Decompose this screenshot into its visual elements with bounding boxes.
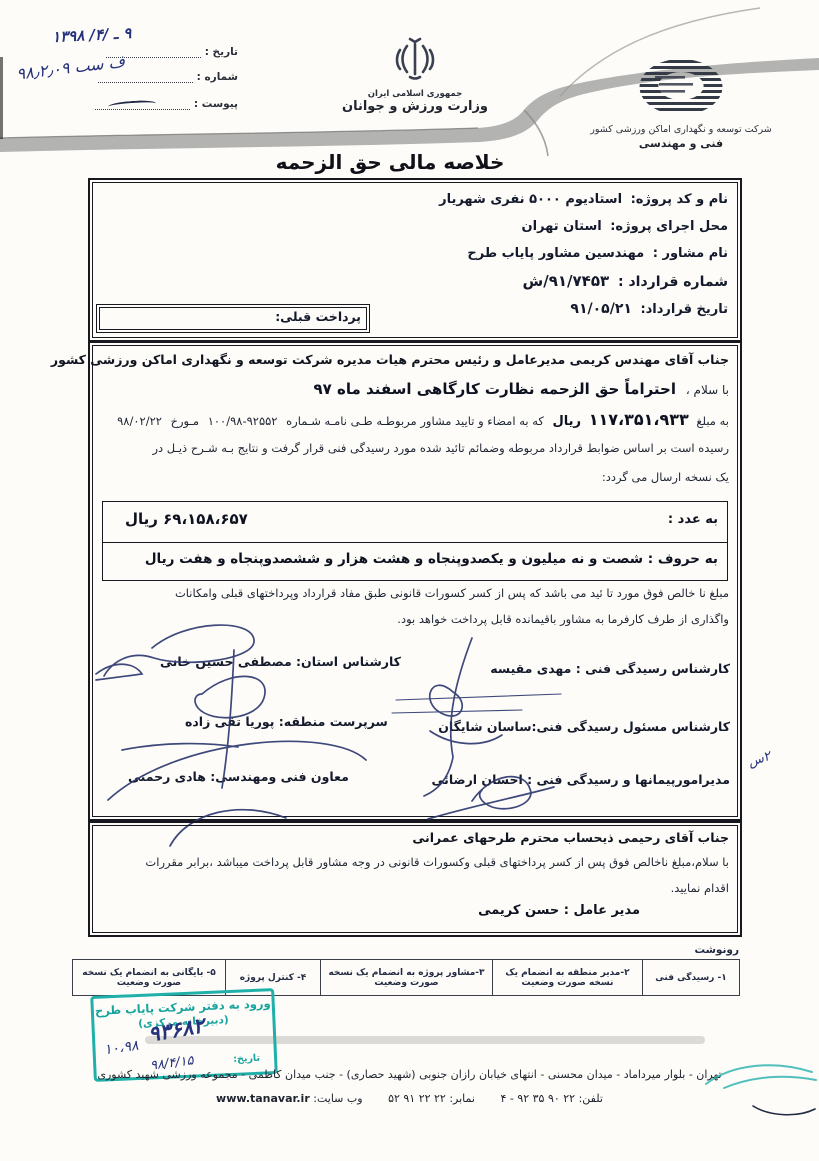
- letter-number-text: ۱۰۰/۹۸-۹۲۵۵۲: [208, 414, 278, 428]
- contract-date-label: تاریخ قرارداد:: [640, 302, 728, 317]
- figures-value: ۶۹،۱۵۸،۶۵۷ ریال: [125, 510, 248, 528]
- words-line: به حروف : شصت و نه میلیون و یکصدوپنجاه و…: [145, 551, 718, 567]
- copies-item-2: ۲-مدیر منطقه به انضمام یک نسخه صورت وضعی…: [492, 960, 642, 995]
- company-division: فنی و مهندسی: [575, 137, 787, 150]
- phone-value: ۴ - ۹۲ ۳۵ ۹۰ ۲۲: [500, 1092, 575, 1105]
- date-row: تاریخ :: [106, 46, 238, 58]
- scan-edge-artifact: [0, 57, 3, 139]
- iran-emblem-icon: [392, 36, 438, 84]
- consultant-value: مهندسین مشاور پایاب طرح: [467, 246, 644, 261]
- letter-date-text: ۹۸/۰۲/۲۲: [117, 414, 162, 428]
- accountant-box: جناب آقای رحیمی ذیحساب محترم طرحهای عمرا…: [88, 821, 742, 937]
- copies-item-1: ۱- رسیدگی فنی: [642, 960, 739, 995]
- greeting-text: با سلام ،: [686, 383, 729, 397]
- signature-region-supervisor: سرپرست منطقه: پوریا تقی زاده: [185, 714, 388, 729]
- website-label: وب سایت:: [313, 1092, 362, 1105]
- amount-figures-row: به عدد : ۶۹،۱۵۸،۶۵۷ ریال: [103, 502, 727, 543]
- signature-province-expert: کارشناس استان: مصطفی حسین خانی: [160, 654, 401, 669]
- number-row: شماره :: [98, 71, 238, 83]
- consultant-label: نام مشاور :: [653, 246, 728, 261]
- amount-table: به عدد : ۶۹،۱۵۸،۶۵۷ ریال به حروف : شصت و…: [102, 501, 728, 581]
- continuation-line-2: یک نسخه ارسال می گردد:: [101, 470, 729, 484]
- margin-handwritten-note: ۲س: [746, 749, 772, 770]
- continuation-line-1: رسیده است بر اساس ضوابط قرارداد مربوطه و…: [101, 441, 729, 455]
- company-logo-icon: [637, 56, 725, 118]
- project-name-value: استادیوم ۵۰۰۰ نفری شهریار: [439, 192, 622, 207]
- amount-unit-text: ریال: [553, 414, 582, 429]
- company-name: شرکت توسعه و نگهداری اماکن ورزشی کشور: [575, 124, 787, 135]
- copies-table: ۱- رسیدگی فنی ۲-مدیر منطقه به انضمام یک …: [72, 959, 740, 996]
- contract-number-label: شماره قرارداد :: [618, 274, 728, 290]
- amount-words-row: به حروف : شصت و نه میلیون و یکصدوپنجاه و…: [103, 543, 727, 580]
- salutation-line: جناب آقای مهندس کریمی مدیرعامل و رئیس مح…: [101, 352, 729, 367]
- after-amount-text: که به امضاء و تایید مشاور مربوطـه طـی نا…: [286, 414, 544, 428]
- consultant-row: نام مشاور : مهندسین مشاور پایاب طرح: [467, 246, 728, 261]
- note-line-2: واگذاری از طرف کارفرما به مشاور باقیماند…: [101, 612, 729, 626]
- note-line-1: مبلغ نا خالص فوق مورد تا ئید می باشد که …: [101, 586, 729, 600]
- signature-contracts-manager: مدیرامورپیمانها و رسیدگی فنی : احسان ارض…: [431, 772, 730, 787]
- previous-payment-box: پرداخت قبلی:: [96, 304, 370, 333]
- project-location-label: محل اجرای پروژه:: [610, 219, 728, 234]
- project-location-value: استان تهران: [522, 219, 602, 234]
- amount-prefix-text: به مبلغ: [696, 414, 729, 428]
- contract-date-value: ۹۱/۰۵/۲۱: [570, 301, 632, 317]
- emblem-caption-ministry: وزارت ورزش و جوانان: [340, 99, 490, 114]
- number-label: شماره :: [197, 71, 238, 83]
- project-name-label: نام و کد پروژه:: [631, 192, 728, 207]
- words-label: به حروف :: [648, 551, 718, 567]
- contract-date-row: تاریخ قرارداد: ۹۱/۰۵/۲۱: [570, 301, 728, 317]
- date-label: تاریخ :: [205, 46, 238, 58]
- attachment-label: پیوست :: [194, 98, 238, 110]
- accountant-line-2: اقدام نمایید.: [101, 881, 729, 895]
- figures-label: به عدد :: [668, 512, 718, 527]
- signature-deputy-engineering: معاون فنی ومهندسی: هادی رحمتی: [128, 769, 349, 784]
- letter-body-box: جناب آقای مهندس کریمی مدیرعامل و رئیس مح…: [88, 341, 742, 821]
- subject-text: احتراماً حق الزحمه نظارت کارگاهی اسفند م…: [314, 380, 677, 398]
- project-name-row: نام و کد پروژه: استادیوم ۵۰۰۰ نفری شهریا…: [439, 192, 728, 207]
- ribbon-edge-line: [0, 128, 478, 138]
- emblem-caption-country: جمهوری اسلامی ایران: [340, 89, 490, 99]
- copies-heading: رونوشت: [694, 944, 739, 956]
- fax-value: ۵۲ ۹۱ ۲۲ ۲۲: [388, 1092, 446, 1105]
- project-location-row: محل اجرای پروژه: استان تهران: [522, 219, 728, 234]
- footer-address: تهران - بلوار میرداماد - میدان محسنی - ا…: [0, 1068, 819, 1081]
- subject-line: با سلام ، احتراماً حق الزحمه نظارت کارگا…: [101, 380, 729, 398]
- phone-label: تلفن:: [579, 1092, 603, 1105]
- stamp-date-label: تاریخ:: [233, 1053, 260, 1065]
- words-value: شصت و نه میلیون و یکصدوپنجاه و هشت هزار …: [145, 551, 643, 567]
- accountant-heading: جناب آقای رحیمی ذیحساب محترم طرحهای عمرا…: [101, 830, 729, 845]
- number-dotted-line: [98, 71, 193, 83]
- pen-underline-mark: [749, 1104, 819, 1122]
- signature-responsible-expert: کارشناس مسئول رسیدگی فنی:ساسان شایگان: [438, 719, 730, 734]
- amount-number-text: ۱۱۷،۳۵۱،۹۳۳: [589, 410, 689, 429]
- dated-word-text: مـورخ: [171, 414, 199, 428]
- ministry-header: جمهوری اسلامی ایران وزارت ورزش و جوانان: [340, 36, 490, 114]
- scanned-letter-page: تاریخ : شماره : پیوست : ۱۳۹۸ /۴/ ـ ۹ ۹۸٫…: [0, 0, 819, 1161]
- contract-number-value: ش/۹۱/۷۴۵۳: [523, 272, 610, 290]
- amount-sentence-line: به مبلغ ۱۱۷،۳۵۱،۹۳۳ ریال که به امضاء و ت…: [101, 410, 729, 429]
- copies-item-5: ۵- بایگانی به انضمام یک نسخه صورت وضعیت: [73, 960, 225, 995]
- previous-payment-label: پرداخت قبلی:: [275, 309, 361, 324]
- contract-number-row: شماره قرارداد : ش/۹۱/۷۴۵۳: [523, 272, 728, 290]
- fax-label: نمابر:: [449, 1092, 475, 1105]
- copies-item-3: ۳-مشاور پروژه به انضمام یک نسخه صورت وضع…: [320, 960, 492, 995]
- ceo-signature-label: مدیر عامل : حسن کریمی: [101, 903, 640, 918]
- website-value: www.tanavar.ir: [216, 1092, 310, 1105]
- footer-contact-line: تلفن: ۴ - ۹۲ ۳۵ ۹۰ ۲۲ نمابر: ۵۲ ۹۱ ۲۲ ۲۲…: [0, 1092, 819, 1105]
- signature-technical-expert: کارشناس رسیدگی فنی : مهدی مقیسه: [490, 661, 730, 676]
- company-header: شرکت توسعه و نگهداری اماکن ورزشی کشور فن…: [575, 56, 787, 150]
- document-title: خلاصه مالی حق الزحمه: [0, 150, 780, 174]
- accountant-line-1: با سلام،مبلغ ناخالص فوق پس از کسر پرداخت…: [101, 855, 729, 869]
- project-info-box: نام و کد پروژه: استادیوم ۵۰۰۰ نفری شهریا…: [88, 178, 742, 342]
